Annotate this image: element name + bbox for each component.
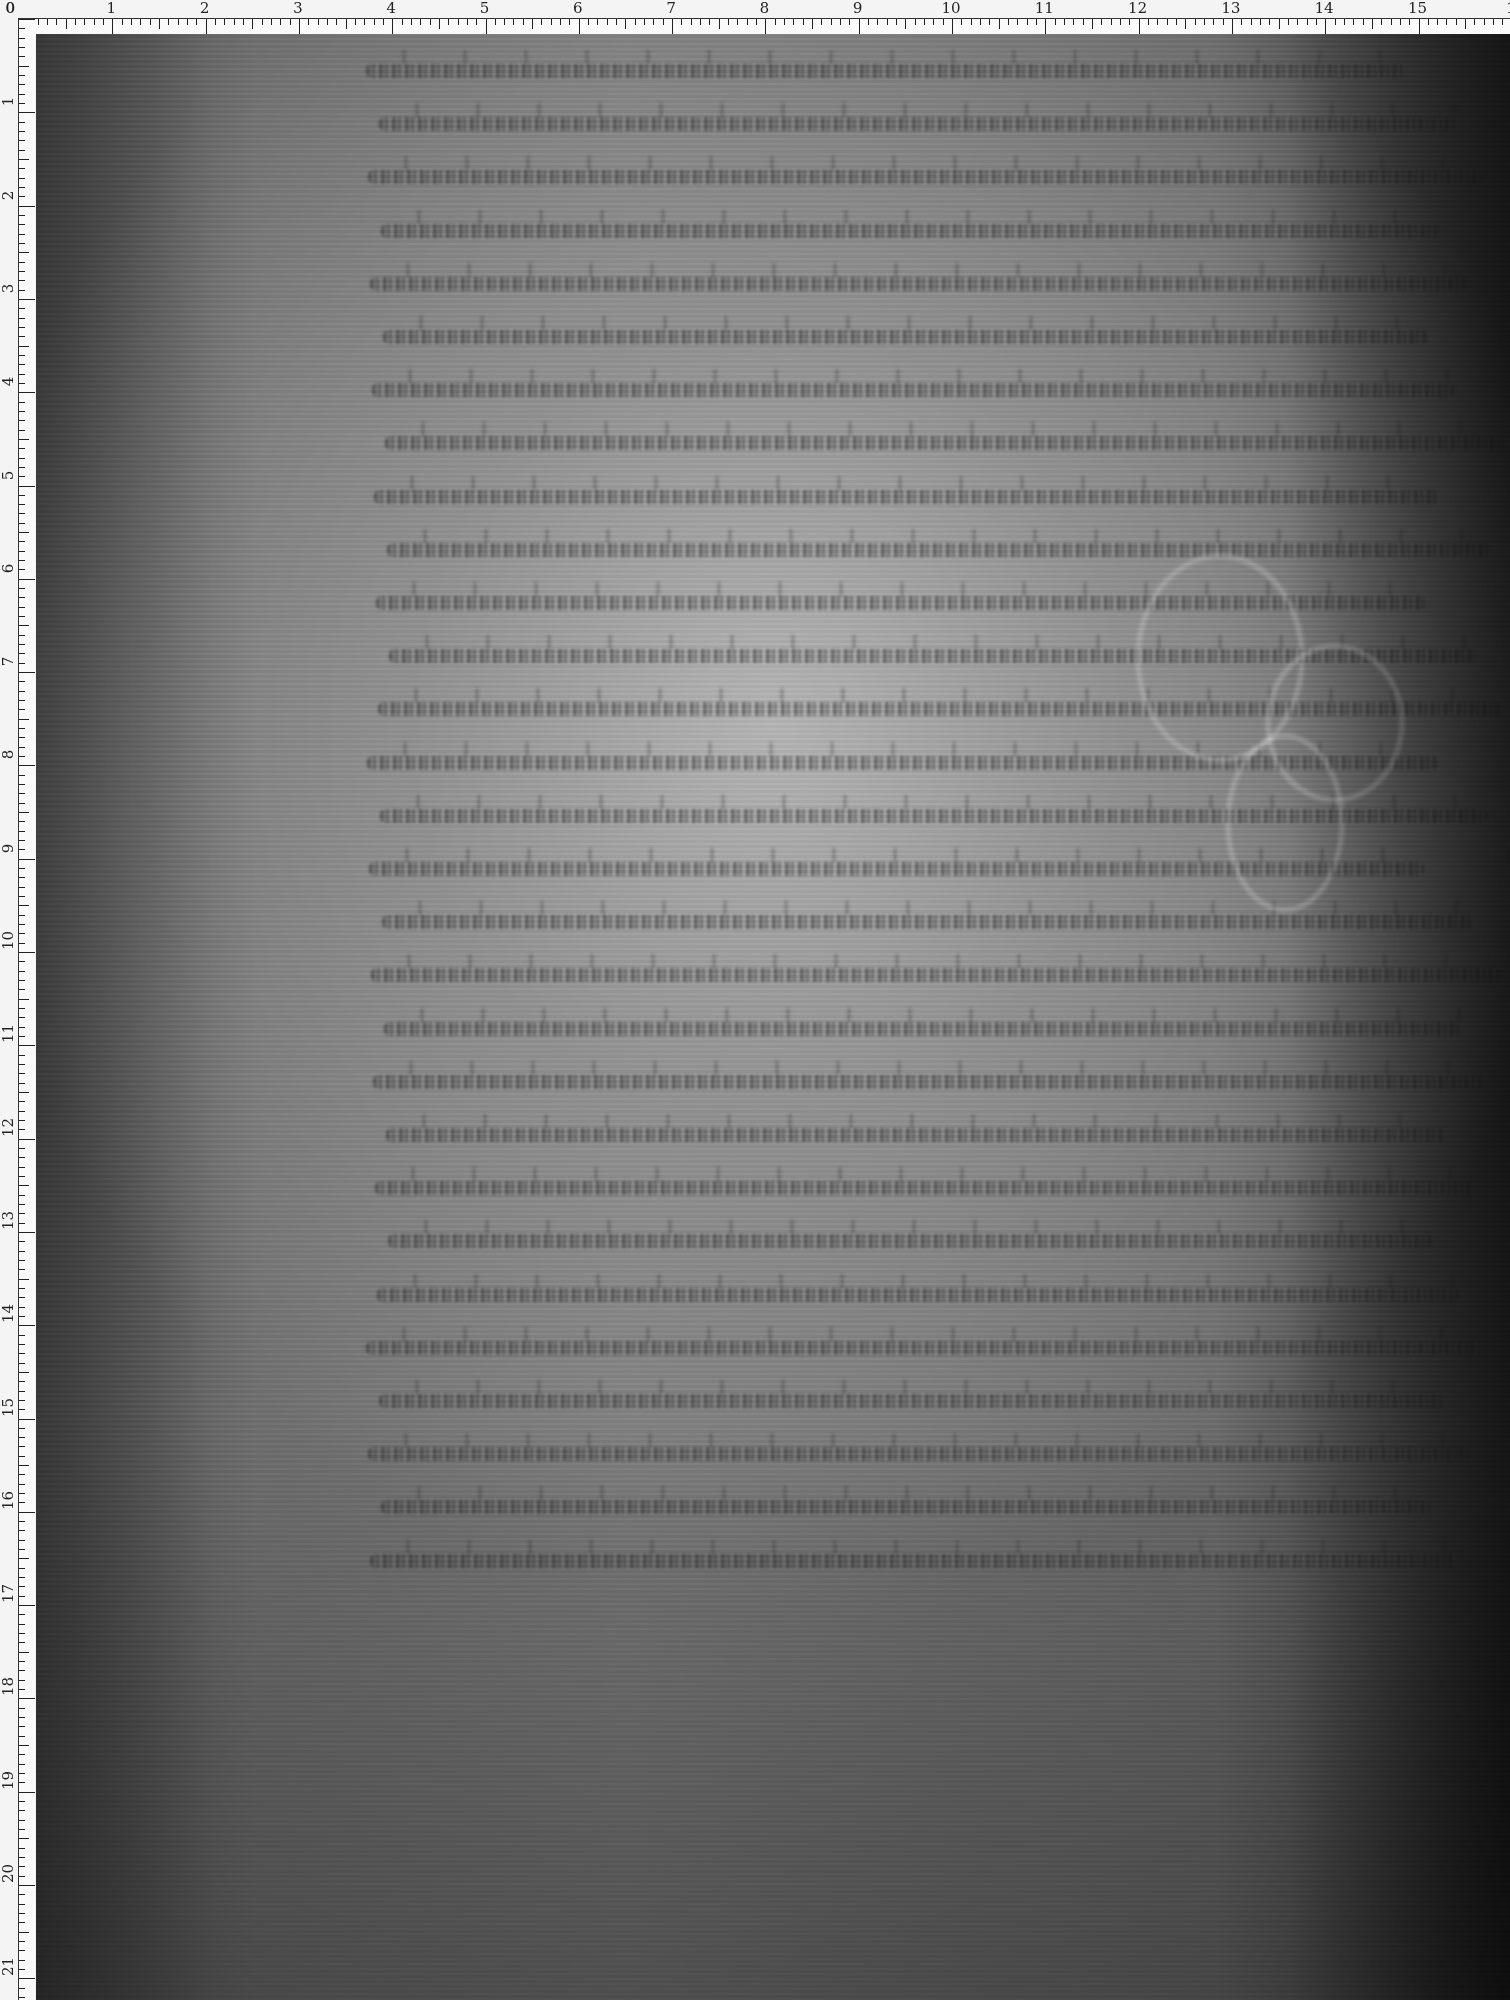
- ruler-label: 4: [386, 0, 396, 16]
- ruler-tick: [1409, 19, 1410, 25]
- ruler-tick: [1372, 19, 1373, 29]
- ruler-tick: [588, 19, 589, 25]
- ruler-tick: [1428, 19, 1429, 25]
- ruler-tick: [560, 19, 561, 25]
- ruler-tick: [793, 19, 794, 25]
- ruler-tick: [19, 691, 25, 692]
- ruler-tick: [19, 383, 25, 384]
- ruler-tick: [19, 1661, 25, 1662]
- ruler-label: 14: [0, 1306, 17, 1323]
- ruler-tick: [19, 1876, 25, 1877]
- ruler-label: 13: [0, 1213, 17, 1230]
- ruler-label: 3: [0, 280, 17, 297]
- ruler-tick: [803, 19, 804, 25]
- ruler-tick: [19, 541, 25, 542]
- ruler-tick: [1148, 19, 1149, 25]
- ruler-tick: [19, 1139, 35, 1140]
- ruler-tick: [19, 1838, 29, 1839]
- ruler-tick: [19, 476, 25, 477]
- ruler-tick: [19, 877, 25, 878]
- ruler-tick: [19, 971, 25, 972]
- ruler-tick: [887, 19, 888, 25]
- ruler-tick: [775, 19, 776, 25]
- ruler-tick: [1474, 19, 1475, 25]
- ruler-label: 20: [0, 1866, 17, 1883]
- ruler-tick: [252, 19, 253, 29]
- ruler-tick: [19, 1857, 25, 1858]
- ruler-tick: [784, 19, 785, 25]
- ruler-tick: [19, 308, 25, 309]
- ruler-tick: [19, 821, 25, 822]
- ruler-tick: [1353, 19, 1354, 25]
- ruler-tick: [1335, 19, 1336, 25]
- ruler-tick: [1092, 19, 1093, 29]
- ruler-tick: [952, 19, 953, 35]
- ruler-tick: [19, 1792, 35, 1793]
- ruler-tick: [19, 262, 25, 263]
- ruler-tick: [19, 336, 25, 337]
- ruler-tick: [19, 1950, 25, 1951]
- ruler-label: 3: [293, 0, 303, 16]
- ruler-tick: [19, 1372, 29, 1373]
- ruler-label: 15: [0, 1400, 17, 1417]
- ruler-label: 1: [1506, 0, 1510, 16]
- ruler-tick: [849, 19, 850, 25]
- ruler-tick: [19, 150, 25, 151]
- ruler-label: 10: [941, 0, 960, 16]
- ruler-tick: [19, 859, 35, 860]
- ruler-tick: [19, 1894, 25, 1895]
- ruler-tick: [19, 271, 25, 272]
- ruler-tick: [663, 19, 664, 25]
- ruler-label: 1: [107, 0, 117, 16]
- ruler-tick: [19, 1474, 25, 1475]
- ruler-tick: [140, 19, 141, 25]
- ruler-tick: [1176, 19, 1177, 25]
- ruler-tick: [47, 19, 48, 25]
- ruler-tick: [19, 1409, 25, 1410]
- ruler-tick: [19, 355, 25, 356]
- ruler-tick: [1484, 19, 1485, 25]
- ruler-tick: [19, 1764, 25, 1765]
- manuscript-text-line: [388, 1234, 1432, 1248]
- ruler-tick: [859, 19, 860, 35]
- manuscript-text-line: [379, 1394, 1444, 1408]
- ruler-tick: [19, 1726, 25, 1727]
- ruler-tick: [1260, 19, 1261, 25]
- ruler-tick: [19, 597, 25, 598]
- ruler-tick: [19, 1279, 29, 1280]
- ruler-tick: [19, 1008, 25, 1009]
- ruler-tick: [19, 411, 25, 412]
- ruler-tick: [19, 196, 25, 197]
- ruler-tick: [19, 523, 25, 524]
- ruler-tick: [19, 1316, 25, 1317]
- manuscript-text-line: [387, 543, 1490, 557]
- ruler-label: 18: [0, 1679, 17, 1696]
- ruler-tick: [19, 243, 25, 244]
- ruler-tick: [19, 346, 29, 347]
- ruler-tick: [19, 1596, 25, 1597]
- ruler-label: 5: [480, 0, 490, 16]
- ruler-tick: [1307, 19, 1308, 25]
- ruler-tick: [1297, 19, 1298, 25]
- ruler-tick: [19, 1055, 25, 1056]
- ruler-tick: [681, 19, 682, 25]
- ruler-tick: [420, 19, 421, 25]
- ruler-tick: [19, 1073, 25, 1074]
- ruler-tick: [19, 1969, 25, 1970]
- ruler-tick: [1139, 19, 1140, 35]
- ruler-tick: [19, 215, 25, 216]
- ruler-tick: [19, 38, 25, 39]
- ruler-tick: [19, 1465, 29, 1466]
- ruler-tick: [374, 19, 375, 25]
- ruler-tick: [19, 924, 25, 925]
- ruler-tick: [19, 178, 25, 179]
- ruler-tick: [19, 980, 25, 981]
- ruler-label: 0: [2, 0, 19, 17]
- ruler-tick: [653, 19, 654, 25]
- top-ruler: [18, 18, 1510, 35]
- ruler-label: 7: [0, 653, 17, 670]
- ruler-tick: [19, 94, 25, 95]
- ruler-label: 12: [0, 1120, 17, 1137]
- ruler-tick: [1493, 19, 1494, 25]
- ruler-tick: [19, 784, 25, 785]
- ruler-tick: [19, 1633, 25, 1634]
- ruler-label: 14: [1315, 0, 1334, 16]
- ruler-tick: [19, 420, 25, 421]
- ruler-tick: [719, 19, 720, 29]
- ruler-tick: [19, 140, 25, 141]
- ruler-tick: [1419, 19, 1420, 35]
- ruler-label: 2: [200, 0, 210, 16]
- ruler-tick: [19, 1325, 35, 1326]
- ruler-label: 4: [0, 373, 17, 390]
- ruler-tick: [19, 737, 25, 738]
- ruler-tick: [1083, 19, 1084, 25]
- ruler-tick: [1288, 19, 1289, 25]
- ruler-tick: [728, 19, 729, 25]
- ruler-tick: [19, 915, 25, 916]
- ruler-tick: [103, 19, 104, 25]
- ruler-tick: [495, 19, 496, 25]
- ruler-tick: [1017, 19, 1018, 25]
- ruler-tick: [19, 1185, 29, 1186]
- ruler-tick: [19, 1027, 25, 1028]
- ruler-tick: [1055, 19, 1056, 25]
- ruler-tick: [19, 1456, 25, 1457]
- ruler-tick: [19, 1689, 25, 1690]
- ruler-tick: [1465, 19, 1466, 29]
- ruler-tick: [19, 28, 25, 29]
- ruler-tick: [19, 1307, 25, 1308]
- ruler-tick: [19, 1502, 25, 1503]
- ruler-tick: [1279, 19, 1280, 29]
- ruler-tick: [196, 19, 197, 25]
- ruler-tick: [19, 1195, 25, 1196]
- ruler-tick: [19, 719, 29, 720]
- ruler-tick: [19, 1642, 25, 1643]
- ruler-label: 16: [0, 1493, 17, 1510]
- ruler-tick: [1195, 19, 1196, 25]
- ruler-tick: [19, 1521, 25, 1522]
- ruler-tick: [19, 1353, 25, 1354]
- ruler-tick: [1073, 19, 1074, 25]
- ruler-tick: [1437, 19, 1438, 25]
- ruler-tick: [439, 19, 440, 29]
- ruler-tick: [19, 504, 25, 505]
- ruler-tick: [19, 831, 25, 832]
- ruler-tick: [19, 728, 25, 729]
- ruler-label: 11: [0, 1026, 17, 1043]
- ruler-tick: [19, 793, 25, 794]
- ruler-tick: [19, 467, 25, 468]
- ruler-tick: [280, 19, 281, 25]
- ruler-tick: [19, 187, 25, 188]
- ruler-tick: [19, 1288, 25, 1289]
- ruler-label: 13: [1221, 0, 1240, 16]
- ruler-tick: [448, 19, 449, 25]
- ruler-tick: [1400, 19, 1401, 25]
- ruler-label: 6: [0, 560, 17, 577]
- ruler-tick: [19, 803, 25, 804]
- ruler-tick: [19, 1540, 25, 1541]
- ruler-tick: [1036, 19, 1037, 25]
- ruler-tick: [19, 1782, 25, 1783]
- ruler-tick: [19, 1381, 25, 1382]
- ruler-tick: [569, 19, 570, 25]
- ruler-tick: [467, 19, 468, 25]
- ruler-tick: [19, 458, 25, 459]
- watermark-ghost: [1226, 734, 1344, 912]
- ruler-tick: [19, 1670, 25, 1671]
- ruler-tick: [765, 19, 766, 35]
- ruler-tick: [19, 19, 35, 20]
- ruler-tick: [1502, 19, 1503, 25]
- ruler-tick: [19, 1773, 25, 1774]
- ruler-tick: [19, 1120, 25, 1121]
- ruler-tick: [691, 19, 692, 25]
- manuscript-text-line: [368, 1447, 1470, 1461]
- ruler-tick: [19, 1493, 25, 1494]
- ruler-tick: [19, 1111, 25, 1112]
- ruler-tick: [19, 999, 29, 1000]
- ruler-tick: [1251, 19, 1252, 25]
- ruler-tick: [19, 1391, 25, 1392]
- ruler-tick: [1045, 19, 1046, 35]
- manuscript-text-line: [383, 330, 1428, 344]
- ruler-tick: [159, 19, 160, 29]
- ruler-tick: [607, 19, 608, 25]
- ruler-tick: [411, 19, 412, 25]
- ruler-tick: [933, 19, 934, 25]
- ruler-tick: [1232, 19, 1233, 35]
- ruler-tick: [19, 66, 29, 67]
- ruler-tick: [19, 1251, 25, 1252]
- ruler-tick: [1223, 19, 1224, 25]
- ruler-label: 7: [666, 0, 676, 16]
- ruler-tick: [1241, 19, 1242, 25]
- manuscript-text-line: [370, 1554, 1456, 1568]
- ruler-tick: [75, 19, 76, 25]
- ruler-tick: [458, 19, 459, 25]
- ruler-tick: [1269, 19, 1270, 25]
- ruler-tick: [486, 19, 487, 35]
- ruler-tick: [1157, 19, 1158, 25]
- ruler-tick: [19, 252, 29, 253]
- ruler-tick: [19, 1530, 25, 1531]
- ruler-tick: [19, 47, 25, 48]
- ruler-tick: [19, 1978, 35, 1979]
- ruler-tick: [19, 551, 25, 552]
- ruler-tick: [178, 19, 179, 25]
- ruler-tick: [19, 364, 25, 365]
- ruler-tick: [430, 19, 431, 25]
- ruler-tick: [355, 19, 356, 25]
- ruler-tick: [19, 1260, 25, 1261]
- ruler-tick: [19, 1801, 25, 1802]
- ruler-label: 5: [0, 467, 17, 484]
- manuscript-text-line: [379, 117, 1456, 131]
- ruler-tick: [19, 1997, 25, 1998]
- ruler-tick: [19, 1586, 25, 1587]
- ruler-tick: [19, 234, 25, 235]
- ruler-tick: [1363, 19, 1364, 25]
- ruler-tick: [318, 19, 319, 25]
- ruler-tick: [672, 19, 673, 35]
- ruler-tick: [66, 19, 67, 29]
- ruler-tick: [868, 19, 869, 25]
- manuscript-text-line: [368, 170, 1482, 184]
- ruler-tick: [19, 1223, 25, 1224]
- ruler-tick: [150, 19, 151, 25]
- ruler-tick: [19, 1101, 25, 1102]
- ruler-tick: [19, 1232, 35, 1233]
- ruler-tick: [989, 19, 990, 25]
- ruler-tick: [206, 19, 207, 35]
- ruler-tick: [19, 625, 29, 626]
- ruler-tick: [905, 19, 906, 29]
- ruler-tick: [19, 1269, 25, 1270]
- ruler-tick: [19, 486, 35, 487]
- ruler-tick: [19, 961, 25, 962]
- ruler-tick: [19, 56, 25, 57]
- ruler-label: 6: [573, 0, 583, 16]
- ruler-tick: [1316, 19, 1317, 25]
- ruler-tick: [19, 1344, 25, 1345]
- ruler-tick: [19, 1745, 29, 1746]
- ruler-label: 21: [0, 1959, 17, 1976]
- ruler-tick: [19, 943, 25, 944]
- ruler-tick: [541, 19, 542, 25]
- ruler-label: 2: [0, 187, 17, 204]
- ruler-tick: [19, 131, 25, 132]
- ruler-tick: [896, 19, 897, 25]
- ruler-tick: [19, 1297, 25, 1298]
- manuscript-text-line: [370, 277, 1468, 291]
- ruler-tick: [19, 681, 25, 682]
- ruler-tick: [19, 1167, 25, 1168]
- ruler-label: 17: [0, 1586, 17, 1603]
- ruler-tick: [19, 1829, 25, 1830]
- ruler-tick: [19, 1913, 25, 1914]
- ruler-tick: [19, 989, 25, 990]
- ruler-tick: [262, 19, 263, 25]
- ruler-tick: [19, 1157, 25, 1158]
- ruler-tick: [19, 775, 25, 776]
- ruler-tick: [19, 1017, 25, 1018]
- ruler-tick: [19, 103, 25, 104]
- ruler-tick: [19, 635, 25, 636]
- ruler-tick: [19, 1680, 25, 1681]
- ruler-tick: [19, 1241, 25, 1242]
- ruler-tick: [1381, 19, 1382, 25]
- ruler-tick: [19, 1717, 25, 1718]
- ruler-tick: [19, 1549, 25, 1550]
- ruler-tick: [19, 168, 25, 169]
- manuscript-text-line: [381, 224, 1442, 238]
- ruler-tick: [19, 1092, 29, 1093]
- ruler-tick: [980, 19, 981, 25]
- ruler-tick: [943, 19, 944, 25]
- ruler-tick: [19, 280, 25, 281]
- manuscript-text-line: [372, 383, 1454, 397]
- ruler-tick: [19, 700, 25, 701]
- ruler-tick: [19, 1512, 35, 1513]
- ruler-tick: [1344, 19, 1345, 25]
- manuscript-text-line: [384, 1022, 1460, 1036]
- ruler-tick: [19, 532, 29, 533]
- ruler-tick: [19, 1335, 25, 1336]
- ruler-label: 9: [0, 840, 17, 857]
- manuscript-text-line: [381, 1500, 1430, 1514]
- manuscript-scan-image: [36, 34, 1510, 2000]
- ruler-tick: [19, 672, 35, 673]
- ruler-tick: [19, 290, 25, 291]
- ruler-tick: [635, 19, 636, 25]
- ruler-tick: [122, 19, 123, 25]
- ruler-tick: [476, 19, 477, 25]
- ruler-tick: [700, 19, 701, 25]
- ruler-tick: [19, 1922, 25, 1923]
- ruler-tick: [19, 1941, 25, 1942]
- ruler-label: 1: [0, 93, 17, 110]
- ruler-tick: [299, 19, 300, 35]
- ruler-tick: [19, 1652, 29, 1653]
- ruler-tick: [747, 19, 748, 25]
- ruler-tick: [168, 19, 169, 25]
- ruler-tick: [346, 19, 347, 29]
- ruler-tick: [19, 1605, 35, 1606]
- ruler-tick: [271, 19, 272, 25]
- ruler-tick: [1027, 19, 1028, 25]
- ruler-tick: [19, 1363, 25, 1364]
- ruler-tick: [19, 159, 29, 160]
- ruler-tick: [551, 19, 552, 25]
- ruler-tick: [19, 1848, 25, 1849]
- ruler-tick: [243, 19, 244, 25]
- ruler-tick: [597, 19, 598, 25]
- ruler-tick: [19, 1568, 25, 1569]
- ruler-tick: [19, 1148, 25, 1149]
- ruler-tick: [1120, 19, 1121, 25]
- ruler-tick: [187, 19, 188, 25]
- ruler-tick: [19, 616, 25, 617]
- ruler-tick: [19, 75, 25, 76]
- ruler-tick: [19, 747, 25, 748]
